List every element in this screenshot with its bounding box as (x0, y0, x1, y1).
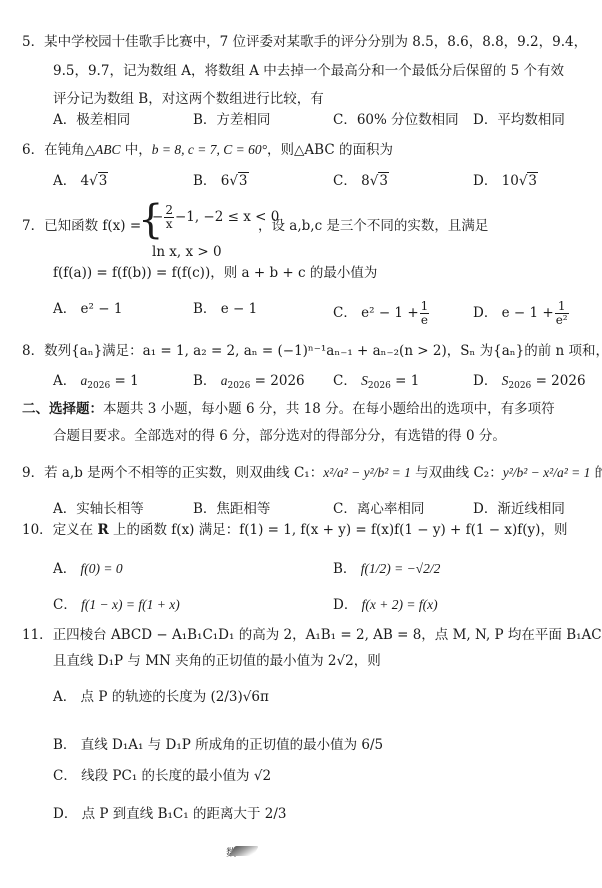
option-value: = 2026 (536, 373, 586, 389)
section-title: 二、选择题： (22, 401, 103, 417)
option-value: e² − 1 + (361, 305, 419, 321)
option-value: e − 1 + (502, 305, 554, 321)
section-2-line-2: 合题目要求。全部选对的得 6 分，部分选对的得部分分，有选错的得 0 分。 (53, 427, 506, 445)
question-5-line-2: 9.5，9.7，记为数组 A，将数组 A 中去掉一个最高分和一个最低分后保留的 … (53, 62, 564, 80)
option-value: 线段 PC₁ 的长度的最小值为 √2 (81, 768, 271, 784)
piecewise-case-2: ln x, x > 0 (152, 243, 222, 261)
option-8a[interactable]: A． a2026 = 1 (53, 372, 139, 395)
option-value: = 1 (395, 373, 419, 389)
coefficient: 4 (81, 173, 90, 189)
option-7c[interactable]: C． e² − 1 +1e (333, 300, 430, 327)
option-9d[interactable]: D．渐近线相同 (473, 500, 565, 518)
hyperbola-c1: x²/a² − y²/b² = 1 (323, 465, 411, 480)
option-8b[interactable]: B． a2026 = 2026 (193, 372, 305, 395)
option-5c[interactable]: C．60% 分位数相同 (333, 111, 459, 129)
question-text: 上的函数 f(x) 满足：f(1) = 1, f(x + y) = f(x)f(… (113, 522, 567, 538)
option-value: 直线 D₁A₁ 与 D₁P 所成角的正切值的最小值为 6/5 (81, 737, 383, 753)
option-10c[interactable]: C． f(1 − x) = f(1 + x) (53, 596, 180, 614)
question-7-label: 7．已知函数 f(x) = (22, 217, 141, 235)
option-label: D． (473, 373, 497, 389)
option-label: C． (53, 768, 77, 784)
option-11d[interactable]: D． 点 P 到直线 B₁C₁ 的距离大于 2/3 (53, 805, 286, 823)
option-6a[interactable]: A． 4√3 (53, 172, 108, 190)
subscript: 2026 (227, 381, 250, 391)
question-text: 已知函数 f(x) = (44, 218, 141, 234)
triangle-name: ABC (95, 142, 121, 157)
sqrt: √3 (89, 172, 108, 190)
option-value: f(x + 2) = f(x) (362, 597, 438, 612)
option-label: A． (53, 561, 76, 577)
question-text: 与双曲线 C₂： (415, 465, 503, 481)
option-label: A． (53, 689, 76, 705)
sqrt: √3 (229, 172, 248, 190)
option-label: D． (333, 597, 357, 613)
question-5-line-1: 5．某中学校园十佳歌手比赛中，7 位评委对某歌手的评分分别为 8.5，8.6，8… (22, 33, 587, 51)
radicand: 3 (527, 172, 538, 189)
question-7-line-2: f(f(a)) = f(f(b)) = f(f(c))，则 a + b + c … (53, 264, 377, 282)
variable: S (361, 373, 368, 388)
option-label: C． (333, 373, 357, 389)
option-label: A． (53, 301, 76, 317)
section-desc: 本题共 3 小题，每小题 6 分，共 18 分。在每小题给出的选项中，有多项符 (103, 401, 555, 417)
question-9-stem: 9．若 a,b 是两个不相等的正实数，则双曲线 C₁：x²/a² − y²/b²… (22, 464, 602, 482)
sqrt: √3 (370, 172, 389, 190)
option-7d[interactable]: D． e − 1 +1e² (473, 300, 570, 327)
option-value: 点 P 的轨迹的长度为 (2/3)√6π (81, 689, 269, 705)
option-label: C． (333, 305, 357, 321)
coefficient: 6 (221, 173, 230, 189)
question-text: 定义在 (53, 522, 94, 538)
option-10b[interactable]: B． f(1/2) = −√2/2 (333, 560, 440, 578)
question-text: 若 a,b 是两个不相等的正实数，则双曲线 C₁： (44, 465, 323, 481)
option-11b[interactable]: B． 直线 D₁A₁ 与 D₁P 所成角的正切值的最小值为 6/5 (53, 736, 383, 754)
question-8-stem: 8．数列{aₙ}满足：a₁ = 1, a₂ = 2, aₙ = (−1)ⁿ⁻¹a… (22, 342, 602, 360)
question-10-stem: 10．定义在 R 上的函数 f(x) 满足：f(1) = 1, f(x + y)… (22, 521, 567, 539)
question-7-cont: ，设 a,b,c 是三个不同的实数，且满足 (258, 217, 488, 235)
fraction: 1e (420, 300, 430, 327)
question-number: 10． (22, 522, 53, 538)
option-value: 点 P 到直线 B₁C₁ 的距离大于 2/3 (82, 806, 287, 822)
question-number: 5． (22, 34, 44, 50)
option-value: f(1/2) = −√2/2 (361, 561, 441, 576)
option-7b[interactable]: B． e − 1 (193, 300, 257, 318)
numerator: 2 (164, 204, 174, 218)
option-value: e − 1 (221, 301, 257, 317)
question-11-line-1: 11．正四棱台 ABCD − A₁B₁C₁D₁ 的高为 2，A₁B₁ = 2, … (22, 626, 602, 644)
subscript: 2026 (368, 381, 391, 391)
hyperbola-c2: y²/b² − x²/a² = 1 (503, 465, 591, 480)
subscript: 2026 (87, 381, 110, 391)
radicand: 3 (238, 172, 249, 189)
numerator: 1 (420, 300, 430, 314)
question-11-line-2: 且直线 D₁P 与 MN 夹角的正切值的最小值为 2√2，则 (53, 652, 381, 670)
option-6d[interactable]: D． 10√3 (473, 172, 538, 190)
option-label: A． (53, 173, 76, 189)
option-9a[interactable]: A．实轴长相等 (53, 500, 144, 518)
option-5a[interactable]: A．极差相同 (53, 111, 130, 129)
option-label: B． (53, 737, 76, 753)
question-text: 中， (120, 142, 151, 158)
option-11c[interactable]: C． 线段 PC₁ 的长度的最小值为 √2 (53, 767, 271, 785)
question-6-stem: 6．在钝角△ABC 中，b = 8, c = 7, C = 60°，则△ABC … (22, 141, 393, 159)
option-8c[interactable]: C． S2026 = 1 (333, 372, 419, 395)
option-label: C． (53, 597, 77, 613)
sqrt: √3 (519, 172, 538, 190)
question-number: 9． (22, 465, 44, 481)
radicand: 3 (378, 172, 389, 189)
option-label: B． (193, 373, 216, 389)
option-value: f(0) = 0 (81, 561, 123, 576)
option-label: D． (53, 806, 77, 822)
denominator: e² (555, 314, 569, 327)
option-11a[interactable]: A． 点 P 的轨迹的长度为 (2/3)√6π (53, 688, 269, 706)
denominator: x (164, 218, 174, 231)
section-2-line-1: 二、选择题：本题共 3 小题，每小题 6 分，共 18 分。在每小题给出的选项中… (22, 400, 555, 418)
option-label: A． (53, 373, 76, 389)
option-value: = 1 (115, 373, 139, 389)
question-number: 6． (22, 142, 44, 158)
option-8d[interactable]: D． S2026 = 2026 (473, 372, 586, 395)
option-label: D． (473, 305, 497, 321)
option-label: B． (333, 561, 356, 577)
question-number: 7． (22, 218, 44, 234)
option-value: = 2026 (255, 373, 305, 389)
radicand: 3 (98, 172, 109, 189)
given-values: b = 8, c = 7, C = 60° (152, 142, 267, 157)
denominator: e (420, 314, 430, 327)
question-text: 在钝角△ (44, 142, 95, 158)
option-value: f(1 − x) = f(1 + x) (81, 597, 180, 612)
question-number: 11． (22, 627, 53, 643)
question-text: 某中学校园十佳歌手比赛中，7 位评委对某歌手的评分分别为 8.5，8.6，8.8… (44, 34, 587, 50)
option-value: e² − 1 (81, 301, 123, 317)
option-9c[interactable]: C．离心率相同 (333, 500, 424, 518)
question-number: 8． (22, 343, 44, 359)
subscript: 2026 (508, 381, 531, 391)
question-text: 正四棱台 ABCD − A₁B₁C₁D₁ 的高为 2，A₁B₁ = 2, AB … (53, 627, 602, 643)
question-text: 数列{aₙ}满足：a₁ = 1, a₂ = 2, aₙ = (−1)ⁿ⁻¹aₙ₋… (44, 343, 602, 359)
question-text: ，则△ABC 的面积为 (267, 142, 393, 158)
question-5-line-3: 评分记为数组 B，对这两个数组进行比较，有 (53, 90, 324, 108)
option-label: C． (333, 173, 357, 189)
smudge-mark (229, 846, 259, 856)
option-9b[interactable]: B．焦距相等 (193, 500, 270, 518)
option-label: D． (473, 173, 497, 189)
real-set-symbol: R (97, 522, 108, 538)
option-10d[interactable]: D． f(x + 2) = f(x) (333, 596, 438, 614)
coefficient: 8 (361, 173, 370, 189)
numerator: 1 (555, 300, 569, 314)
option-5d[interactable]: D．平均数相同 (473, 111, 565, 129)
option-10a[interactable]: A． f(0) = 0 (53, 560, 123, 578)
option-6c[interactable]: C． 8√3 (333, 172, 389, 190)
option-7a[interactable]: A． e² − 1 (53, 300, 122, 318)
question-text: 的 (595, 465, 602, 481)
option-5b[interactable]: B．方差相同 (193, 111, 270, 129)
option-label: B． (193, 173, 216, 189)
fraction: 1e² (555, 300, 569, 327)
coefficient: 10 (502, 173, 519, 189)
option-label: B． (193, 301, 216, 317)
fraction: 2x (164, 204, 174, 231)
option-6b[interactable]: B． 6√3 (193, 172, 249, 190)
page-footer-mark: 数 (226, 844, 266, 862)
